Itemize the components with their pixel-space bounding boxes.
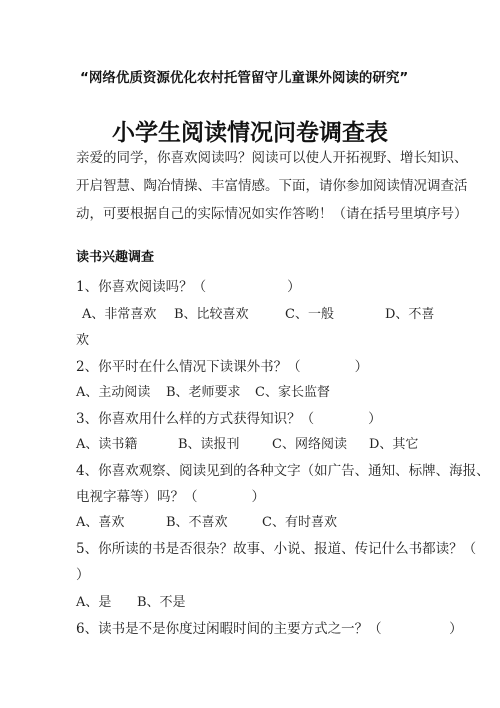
project-title: “网络优质资源优化农村托管留守儿童课外阅读的研究”: [80, 66, 408, 86]
q1-option-d-wrap: 欢: [76, 329, 89, 348]
q4-option-b[interactable]: B、不喜欢: [166, 511, 228, 530]
q3-option-c[interactable]: C、网络阅读: [272, 433, 347, 452]
page-title: 小学生阅读情况问卷调查表: [0, 114, 500, 147]
question-1: 1、你喜欢阅读吗？（ ）: [76, 275, 301, 295]
q1-option-a[interactable]: A、非常喜欢: [82, 303, 156, 322]
question-5-cont: ）: [76, 563, 90, 583]
q2-option-c[interactable]: C、家长监督: [255, 381, 330, 400]
q3-option-b[interactable]: B、读报刊: [178, 433, 240, 452]
question-5: 5、你所读的书是否很杂？故事、小说、报道、传记什么书都读？（: [76, 537, 476, 557]
q2-option-b[interactable]: B、老师要求: [166, 381, 241, 400]
q1-option-b[interactable]: B、比较喜欢: [174, 303, 249, 322]
q1-option-d[interactable]: D、不喜: [385, 303, 434, 322]
question-4: 4、你喜欢观察、阅读见到的各种文字（如广告、通知、标牌、海报、: [76, 459, 490, 479]
question-4-cont: 电视字幕等）吗？（ ）: [76, 485, 265, 505]
q5-option-b[interactable]: B、不是: [137, 591, 186, 610]
section-heading: 读书兴趣调查: [76, 246, 154, 265]
q4-option-c[interactable]: C、有时喜欢: [262, 511, 337, 530]
q1-option-c[interactable]: C、一般: [285, 303, 334, 322]
question-3: 3、你喜欢用什么样的方式获得知识？（ ）: [76, 407, 382, 427]
question-6: 6、读书是不是你度过闲暇时间的主要方式之一？（ ）: [76, 617, 463, 637]
intro-line: 亲爱的同学，你喜欢阅读吗？阅读可以使人开拓视野、增长知识、: [76, 146, 468, 166]
intro-line: 动，可要根据自己的实际情况如实作答哟！（请在括号里填序号）: [76, 202, 468, 222]
q2-option-a[interactable]: A、主动阅读: [76, 381, 150, 400]
q3-option-d[interactable]: D、其它: [369, 433, 418, 452]
intro-line: 开启智慧、陶冶情操、丰富情感。下面，请你参加阅读情况调查活: [76, 174, 468, 194]
question-2: 2、你平时在什么情况下读课外书？（ ）: [76, 355, 368, 375]
q5-option-a[interactable]: A、是: [76, 591, 111, 610]
q3-option-a[interactable]: A、读书籍: [76, 433, 137, 452]
q4-option-a[interactable]: A、喜欢: [76, 511, 124, 530]
